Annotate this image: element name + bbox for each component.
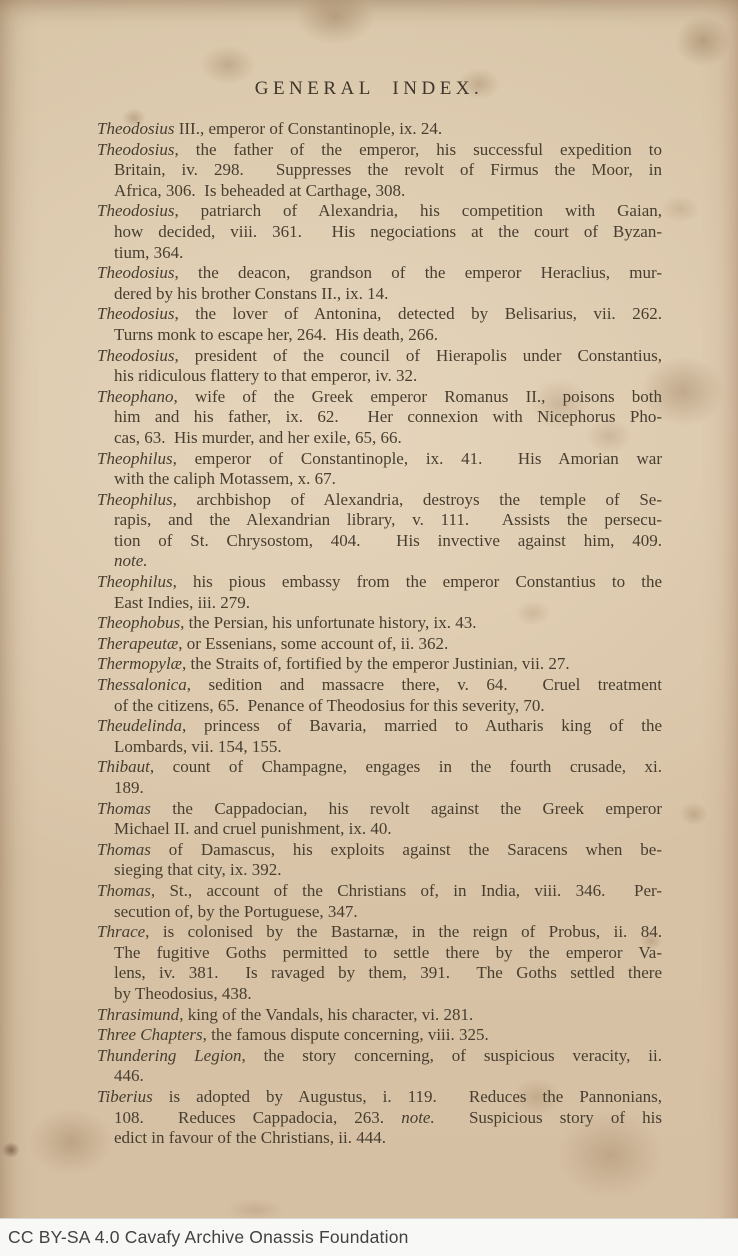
index-entry: Theophilus, his pious embassy from the e… [97,572,662,613]
index-entry-line: how decided, viii. 361. His negociations… [97,222,662,243]
index-entry: Theodosius, the deacon, grandson of the … [97,263,662,304]
index-entry-line: of the citizens, 65. Penance of Theodosi… [97,696,662,717]
index-entry-line: tium, 364. [97,243,662,264]
index-entry-line: Thomas the Cappadocian, his revolt again… [97,799,662,820]
index-entry-line: Thessalonica, sedition and massacre ther… [97,675,662,696]
index-entry-line: Tiberius is adopted by Augustus, i. 119.… [97,1087,662,1108]
index-entry-line: Theodosius III., emperor of Constantinop… [97,119,662,140]
index-entry-line: 446. [97,1066,662,1087]
index-entry-line: Thrace, is colonised by the Bastarnæ, in… [97,922,662,943]
paper-stain [2,1142,20,1158]
paper-stain [675,15,731,67]
page-heading: GENERAL INDEX. [0,78,738,100]
index-entry-line: Thundering Legion, the story concerning,… [97,1046,662,1067]
index-entry: Theophilus, archbishop of Alexandria, de… [97,490,662,572]
index-entry: Theodosius, the father of the emperor, h… [97,140,662,202]
index-entry-line: 189. [97,778,662,799]
index-entry-line: Theophilus, archbishop of Alexandria, de… [97,490,662,511]
index-entry-line: Theophano, wife of the Greek emperor Rom… [97,387,662,408]
index-entry-line: Thermopylæ, the Straits of, fortified by… [97,654,662,675]
index-entry: Theudelinda, princess of Bavaria, marrie… [97,716,662,757]
paper-stain [660,195,700,223]
index-entry-line: his ridiculous flattery to that emperor,… [97,366,662,387]
index-entry-line: tion of St. Chrysostom, 404. His invecti… [97,531,662,552]
index-entry-line: Thrasimund, king of the Vandals, his cha… [97,1005,662,1026]
index-entry-line: lens, iv. 381. Is ravaged by them, 391. … [97,963,662,984]
index-entry-line: Lombards, vii. 154, 155. [97,737,662,758]
index-entry: Theodosius, patriarch of Alexandria, his… [97,201,662,263]
index-entry: Thomas, St., account of the Christians o… [97,881,662,922]
index-entry-line: Three Chapters, the famous dispute conce… [97,1025,662,1046]
index-entry: Thessalonica, sedition and massacre ther… [97,675,662,716]
index-entry-line: edict in favour of the Christians, ii. 4… [97,1128,662,1149]
index-entry-line: Michael II. and cruel punishment, ix. 40… [97,819,662,840]
index-entry: Theophobus, the Persian, his unfortunate… [97,613,662,634]
index-entry: Therapeutæ, or Essenians, some account o… [97,634,662,655]
index-entry-line: by Theodosius, 438. [97,984,662,1005]
index-entry-line: with the caliph Motassem, x. 67. [97,469,662,490]
index-entry-line: Theodosius, the father of the emperor, h… [97,140,662,161]
index-entry: Theophano, wife of the Greek emperor Rom… [97,387,662,449]
index-entry: Tiberius is adopted by Augustus, i. 119.… [97,1087,662,1149]
index-entry: Thermopylæ, the Straits of, fortified by… [97,654,662,675]
index-entry-line: Thomas of Damascus, his exploits against… [97,840,662,861]
index-entry-line: Thomas, St., account of the Christians o… [97,881,662,902]
index-entry-line: 108. Reduces Cappadocia, 263. note. Susp… [97,1108,662,1129]
index-entry-line: secution of, by the Portuguese, 347. [97,902,662,923]
index-entry-line: Theophilus, his pious embassy from the e… [97,572,662,593]
index-entry-line: Therapeutæ, or Essenians, some account o… [97,634,662,655]
index-entry-line: Theudelinda, princess of Bavaria, marrie… [97,716,662,737]
index-entry: Thrasimund, king of the Vandals, his cha… [97,1005,662,1026]
index-entry-line: Theodosius, president of the council of … [97,346,662,367]
index-entry: Thibaut, count of Champagne, engages in … [97,757,662,798]
index-entry: Theodosius, president of the council of … [97,346,662,387]
index-entry: Thomas of Damascus, his exploits against… [97,840,662,881]
index-entry-line: Theophobus, the Persian, his unfortunate… [97,613,662,634]
license-caption-bar: CC BY-SA 4.0 Cavafy Archive Onassis Foun… [0,1218,738,1256]
index-entry: Theodosius, the lover of Antonina, detec… [97,304,662,345]
index-entry-line: Britain, iv. 298. Suppresses the revolt … [97,160,662,181]
paper-stain [295,0,375,45]
index-entry: Thrace, is colonised by the Bastarnæ, in… [97,922,662,1004]
index-entry-line: cas, 63. His murder, and her exile, 65, … [97,428,662,449]
index-entry: Thundering Legion, the story concerning,… [97,1046,662,1087]
index-entry-line: Thibaut, count of Champagne, engages in … [97,757,662,778]
index-entry-line: sieging that city, ix. 392. [97,860,662,881]
index-text-block: Theodosius III., emperor of Constantinop… [97,119,662,1149]
book-page: GENERAL INDEX. Theodosius III., emperor … [0,0,738,1256]
index-entry-line: dered by his brother Constans II., ix. 1… [97,284,662,305]
paper-stain [680,802,708,826]
index-entry-line: The fugitive Goths permitted to settle t… [97,943,662,964]
index-entry-line: Africa, 306. Is beheaded at Carthage, 30… [97,181,662,202]
index-entry-line: note. [97,551,662,572]
index-entry-line: him and his father, ix. 62. Her connexio… [97,407,662,428]
index-entry-line: rapis, and the Alexandrian library, v. 1… [97,510,662,531]
index-entry-line: Theophilus, emperor of Constantinople, i… [97,449,662,470]
index-entry-line: Turns monk to escape her, 264. His death… [97,325,662,346]
index-entry: Thomas the Cappadocian, his revolt again… [97,799,662,840]
index-entry: Three Chapters, the famous dispute conce… [97,1025,662,1046]
index-entry-line: East Indies, iii. 279. [97,593,662,614]
index-entry-line: Theodosius, the lover of Antonina, detec… [97,304,662,325]
index-entry-line: Theodosius, the deacon, grandson of the … [97,263,662,284]
index-entry: Theodosius III., emperor of Constantinop… [97,119,662,140]
index-entry-line: Theodosius, patriarch of Alexandria, his… [97,201,662,222]
license-caption: CC BY-SA 4.0 Cavafy Archive Onassis Foun… [0,1227,409,1248]
index-entry: Theophilus, emperor of Constantinople, i… [97,449,662,490]
